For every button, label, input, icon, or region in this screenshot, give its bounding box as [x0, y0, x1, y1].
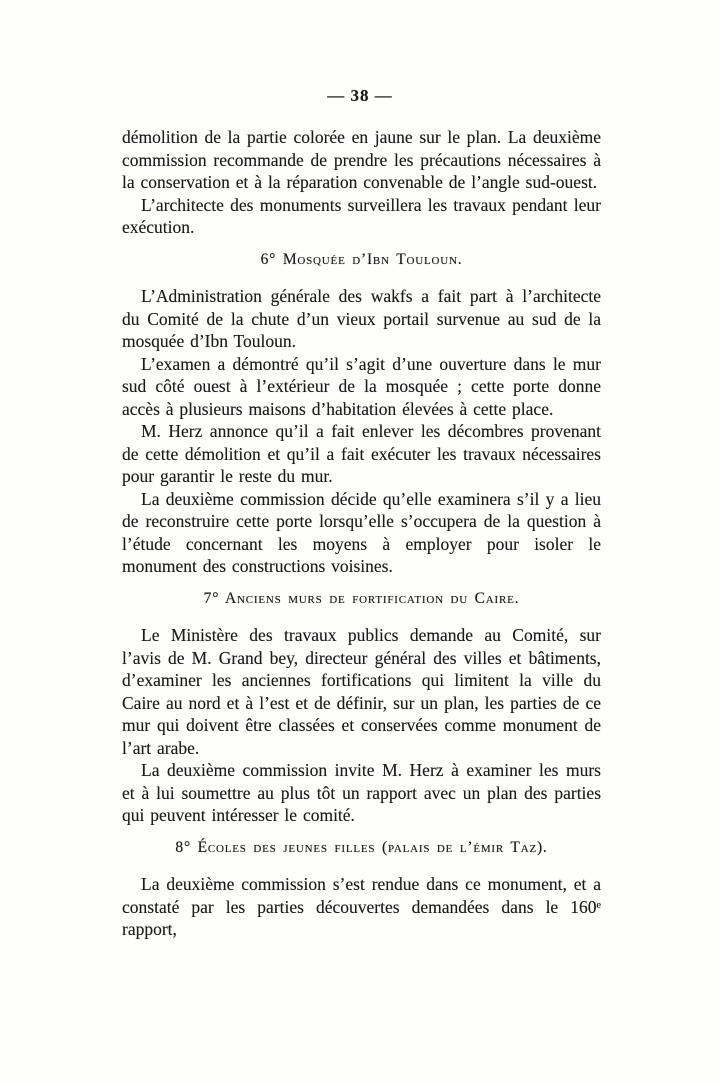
paragraph: M. Herz annonce qu’il a fait enlever les…	[122, 420, 601, 488]
body-text: démolition de la partie colorée en jaune…	[122, 126, 601, 941]
section-heading-7-anciens-murs: 7° Anciens murs de fortification du Cair…	[122, 588, 601, 611]
paragraph: Le Ministère des travaux publics demande…	[122, 624, 601, 759]
section-heading-8-ecoles-jeunes-filles: 8° Écoles des jeunes filles (palais de l…	[122, 837, 601, 860]
page-number: — 38 —	[0, 86, 720, 106]
paragraph: L’examen a démontré qu’il s’agit d’une o…	[122, 353, 601, 421]
section-heading-6-mosquee-ibn-touloun: 6° Mosquée d’Ibn Touloun.	[122, 249, 601, 272]
paragraph: La deuxième commission invite M. Herz à …	[122, 759, 601, 827]
paragraph: La deuxième commission s’est rendue dans…	[122, 873, 601, 941]
paragraph: La deuxième commission décide qu’elle ex…	[122, 488, 601, 578]
paragraph: L’Administration générale des wakfs a fa…	[122, 285, 601, 353]
document-page: — 38 — démolition de la partie colorée e…	[0, 0, 720, 1082]
continuation-paragraph: démolition de la partie colorée en jaune…	[122, 126, 601, 194]
paragraph-architect: L’architecte des monuments surveillera l…	[122, 194, 601, 239]
